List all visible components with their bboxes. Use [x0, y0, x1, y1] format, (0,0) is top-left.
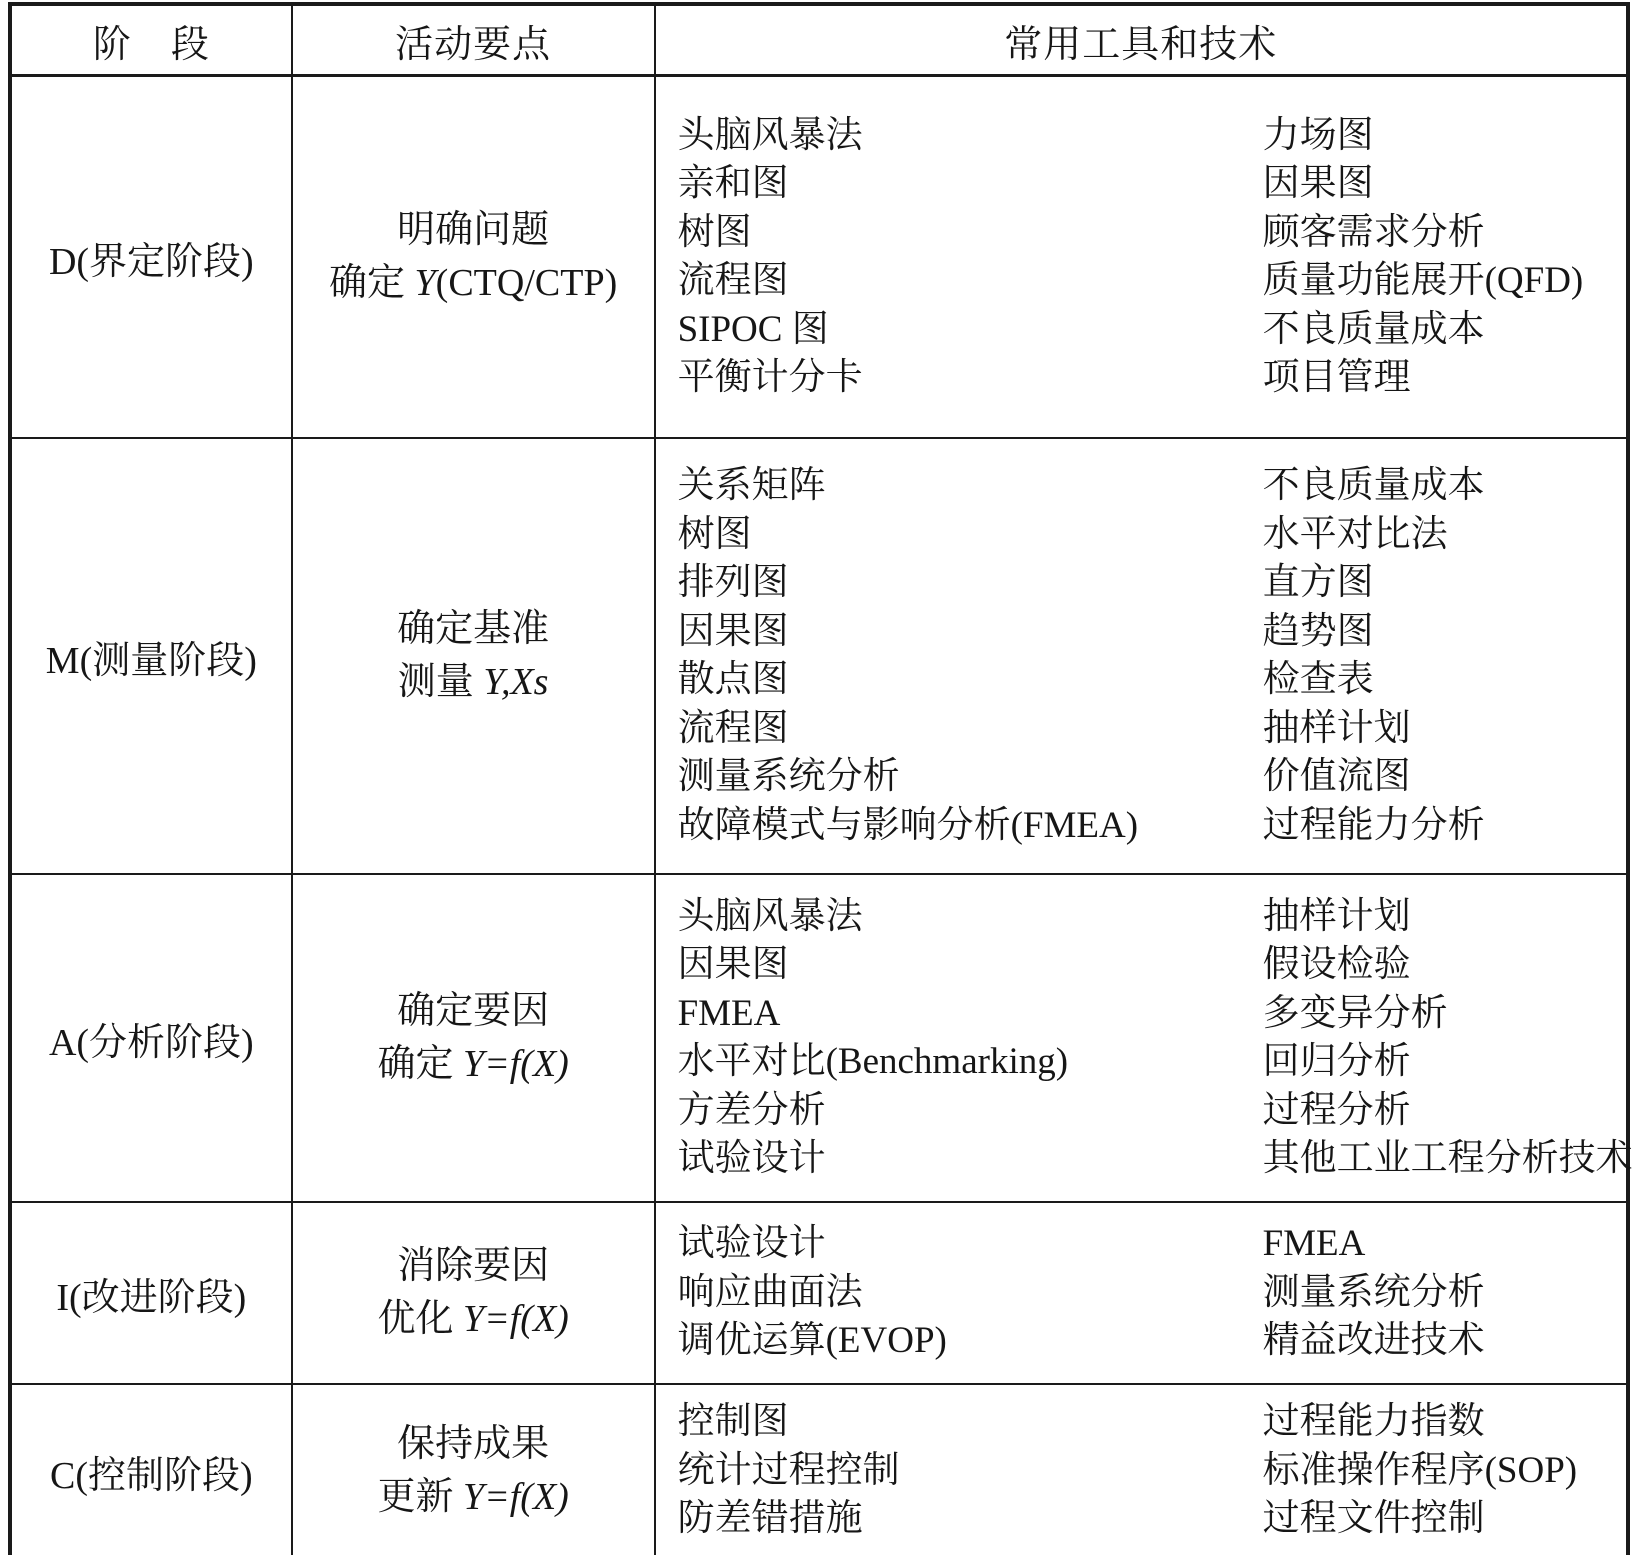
activity-math: Y — [415, 262, 436, 304]
tool-item: 其他工业工程分析技术 — [1263, 1135, 1626, 1184]
tool-item: 价值流图 — [1263, 753, 1626, 802]
table-row-control: C(控制阶段) 保持成果 更新 Y=f(X) 控制图统计过程控制防差错措施 过程… — [10, 1384, 1628, 1555]
scanned-table-page: 阶 段 活动要点 常用工具和技术 D(界定阶段) 明确问题 确定 Y(CTQ/C… — [0, 0, 1638, 1555]
phase-cell: M(测量阶段) — [10, 438, 292, 874]
tool-item: 因果图 — [678, 941, 1263, 990]
activity-line-1: 保持成果 — [294, 1418, 653, 1471]
table-row-measure: M(测量阶段) 确定基准 测量 Y,Xs 关系矩阵树图排列图因果图散点图流程图测… — [10, 438, 1628, 874]
tools-list-left: 头脑风暴法因果图FMEA水平对比(Benchmarking)方差分析试验设计 — [656, 893, 1263, 1184]
tool-item: 树图 — [678, 511, 1263, 560]
activity-text: 确定 — [329, 262, 415, 304]
tool-item: 控制图 — [678, 1398, 1263, 1447]
tool-item: 不良质量成本 — [1263, 462, 1626, 511]
tools-columns: 头脑风暴法亲和图树图流程图SIPOC 图平衡计分卡 力场图因果图顾客需求分析质量… — [656, 112, 1626, 403]
activity-math: Y=f(X) — [463, 1476, 569, 1518]
activity-text: 优化 — [377, 1298, 463, 1340]
tool-item: 水平对比(Benchmarking) — [678, 1038, 1263, 1087]
tools-list-left: 头脑风暴法亲和图树图流程图SIPOC 图平衡计分卡 — [656, 112, 1263, 403]
phase-label: C(控制阶段) — [50, 1455, 253, 1497]
tool-item: 回归分析 — [1263, 1038, 1626, 1087]
tool-item: 调优运算(EVOP) — [678, 1317, 1263, 1366]
tool-item: 流程图 — [678, 257, 1263, 306]
tool-item: 故障模式与影响分析(FMEA) — [678, 802, 1263, 851]
activity-text: 测量 — [398, 661, 484, 703]
tool-item: 精益改进技术 — [1263, 1317, 1626, 1366]
tool-item: 测量系统分析 — [1263, 1269, 1626, 1318]
activity-line-1: 确定要因 — [294, 985, 653, 1038]
tool-item: 抽样计划 — [1263, 893, 1626, 942]
tool-item: 树图 — [678, 209, 1263, 258]
tool-item: 不良质量成本 — [1263, 306, 1626, 355]
tool-item: 多变异分析 — [1263, 990, 1626, 1039]
tools-list-left: 试验设计响应曲面法调优运算(EVOP) — [656, 1220, 1263, 1366]
phase-cell: D(界定阶段) — [10, 76, 292, 439]
tool-item: 平衡计分卡 — [678, 354, 1263, 403]
phase-cell: I(改进阶段) — [10, 1202, 292, 1384]
activity-cell: 消除要因 优化 Y=f(X) — [292, 1202, 655, 1384]
tools-list-right: FMEA测量系统分析精益改进技术 — [1263, 1220, 1626, 1366]
phase-label: I(改进阶段) — [56, 1277, 246, 1319]
tool-item: SIPOC 图 — [678, 306, 1263, 355]
phase-label: A(分析阶段) — [49, 1022, 254, 1064]
tool-item: 试验设计 — [678, 1220, 1263, 1269]
tools-cell: 头脑风暴法亲和图树图流程图SIPOC 图平衡计分卡 力场图因果图顾客需求分析质量… — [655, 76, 1628, 439]
activity-cell: 保持成果 更新 Y=f(X) — [292, 1384, 655, 1555]
table-row-analyze: A(分析阶段) 确定要因 确定 Y=f(X) 头脑风暴法因果图FMEA水平对比(… — [10, 874, 1628, 1202]
activity-math: Y,Xs — [483, 661, 548, 703]
tools-columns: 头脑风暴法因果图FMEA水平对比(Benchmarking)方差分析试验设计 抽… — [656, 893, 1626, 1184]
tool-item: 关系矩阵 — [678, 462, 1263, 511]
table-header-row: 阶 段 活动要点 常用工具和技术 — [10, 4, 1628, 76]
tool-item: 项目管理 — [1263, 354, 1626, 403]
tools-cell: 试验设计响应曲面法调优运算(EVOP) FMEA测量系统分析精益改进技术 — [655, 1202, 1628, 1384]
tool-item: 过程能力分析 — [1263, 802, 1626, 851]
tool-item: 因果图 — [1263, 160, 1626, 209]
header-activity: 活动要点 — [292, 4, 655, 76]
tool-item: 检查表 — [1263, 656, 1626, 705]
activity-cell: 确定要因 确定 Y=f(X) — [292, 874, 655, 1202]
tool-item: 过程文件控制 — [1263, 1495, 1626, 1544]
activity-line-1: 确定基准 — [294, 603, 653, 656]
phase-label: D(界定阶段) — [49, 241, 254, 283]
phase-label: M(测量阶段) — [46, 640, 257, 682]
tool-item: 防差错措施 — [678, 1495, 1263, 1544]
activity-suffix: (CTQ/CTP) — [436, 262, 618, 304]
phase-cell: C(控制阶段) — [10, 1384, 292, 1555]
tools-cell: 控制图统计过程控制防差错措施 过程能力指数标准操作程序(SOP)过程文件控制 — [655, 1384, 1628, 1555]
tool-item: FMEA — [678, 990, 1263, 1039]
activity-math: Y=f(X) — [463, 1298, 569, 1340]
tools-cell: 头脑风暴法因果图FMEA水平对比(Benchmarking)方差分析试验设计 抽… — [655, 874, 1628, 1202]
table-row-improve: I(改进阶段) 消除要因 优化 Y=f(X) 试验设计响应曲面法调优运算(EVO… — [10, 1202, 1628, 1384]
tool-item: 直方图 — [1263, 559, 1626, 608]
activity-cell: 明确问题 确定 Y(CTQ/CTP) — [292, 76, 655, 439]
tool-item: 因果图 — [678, 608, 1263, 657]
tool-item: 头脑风暴法 — [678, 112, 1263, 161]
tools-list-left: 关系矩阵树图排列图因果图散点图流程图测量系统分析故障模式与影响分析(FMEA) — [656, 462, 1263, 850]
tools-list-right: 不良质量成本水平对比法直方图趋势图检查表抽样计划价值流图过程能力分析 — [1263, 462, 1626, 850]
tool-item: 顾客需求分析 — [1263, 209, 1626, 258]
dmaic-tools-table: 阶 段 活动要点 常用工具和技术 D(界定阶段) 明确问题 确定 Y(CTQ/C… — [8, 2, 1630, 1555]
activity-cell: 确定基准 测量 Y,Xs — [292, 438, 655, 874]
tool-item: 流程图 — [678, 705, 1263, 754]
tools-list-right: 力场图因果图顾客需求分析质量功能展开(QFD)不良质量成本项目管理 — [1263, 112, 1626, 403]
tool-item: FMEA — [1263, 1220, 1626, 1269]
tools-columns: 关系矩阵树图排列图因果图散点图流程图测量系统分析故障模式与影响分析(FMEA) … — [656, 462, 1626, 850]
tool-item: 方差分析 — [678, 1087, 1263, 1136]
tool-item: 统计过程控制 — [678, 1447, 1263, 1496]
activity-line-2: 确定 Y=f(X) — [294, 1038, 653, 1091]
tool-item: 趋势图 — [1263, 608, 1626, 657]
tool-item: 过程能力指数 — [1263, 1398, 1626, 1447]
tools-list-left: 控制图统计过程控制防差错措施 — [656, 1398, 1263, 1544]
tools-list-right: 抽样计划假设检验多变异分析回归分析过程分析其他工业工程分析技术 — [1263, 893, 1626, 1184]
activity-line-1: 消除要因 — [294, 1240, 653, 1293]
activity-line-2: 确定 Y(CTQ/CTP) — [294, 257, 653, 310]
tool-item: 质量功能展开(QFD) — [1263, 257, 1626, 306]
tool-item: 试验设计 — [678, 1135, 1263, 1184]
tool-item: 测量系统分析 — [678, 753, 1263, 802]
table-row-define: D(界定阶段) 明确问题 确定 Y(CTQ/CTP) 头脑风暴法亲和图树图流程图… — [10, 76, 1628, 439]
tool-item: 假设检验 — [1263, 941, 1626, 990]
header-phase: 阶 段 — [10, 4, 292, 76]
activity-text: 确定 — [377, 1043, 463, 1085]
tool-item: 头脑风暴法 — [678, 893, 1263, 942]
header-tools: 常用工具和技术 — [655, 4, 1628, 76]
phase-cell: A(分析阶段) — [10, 874, 292, 1202]
tool-item: 过程分析 — [1263, 1087, 1626, 1136]
tools-list-right: 过程能力指数标准操作程序(SOP)过程文件控制 — [1263, 1398, 1626, 1544]
activity-line-2: 更新 Y=f(X) — [294, 1471, 653, 1524]
activity-line-1: 明确问题 — [294, 204, 653, 257]
activity-math: Y=f(X) — [463, 1043, 569, 1085]
tool-item: 抽样计划 — [1263, 705, 1626, 754]
activity-line-2: 优化 Y=f(X) — [294, 1293, 653, 1346]
tool-item: 响应曲面法 — [678, 1269, 1263, 1318]
tools-cell: 关系矩阵树图排列图因果图散点图流程图测量系统分析故障模式与影响分析(FMEA) … — [655, 438, 1628, 874]
activity-text: 更新 — [377, 1476, 463, 1518]
tools-columns: 控制图统计过程控制防差错措施 过程能力指数标准操作程序(SOP)过程文件控制 — [656, 1398, 1626, 1544]
activity-line-2: 测量 Y,Xs — [294, 656, 653, 709]
tool-item: 亲和图 — [678, 160, 1263, 209]
tool-item: 散点图 — [678, 656, 1263, 705]
tool-item: 排列图 — [678, 559, 1263, 608]
tools-columns: 试验设计响应曲面法调优运算(EVOP) FMEA测量系统分析精益改进技术 — [656, 1220, 1626, 1366]
tool-item: 标准操作程序(SOP) — [1263, 1447, 1626, 1496]
tool-item: 水平对比法 — [1263, 511, 1626, 560]
tool-item: 力场图 — [1263, 112, 1626, 161]
